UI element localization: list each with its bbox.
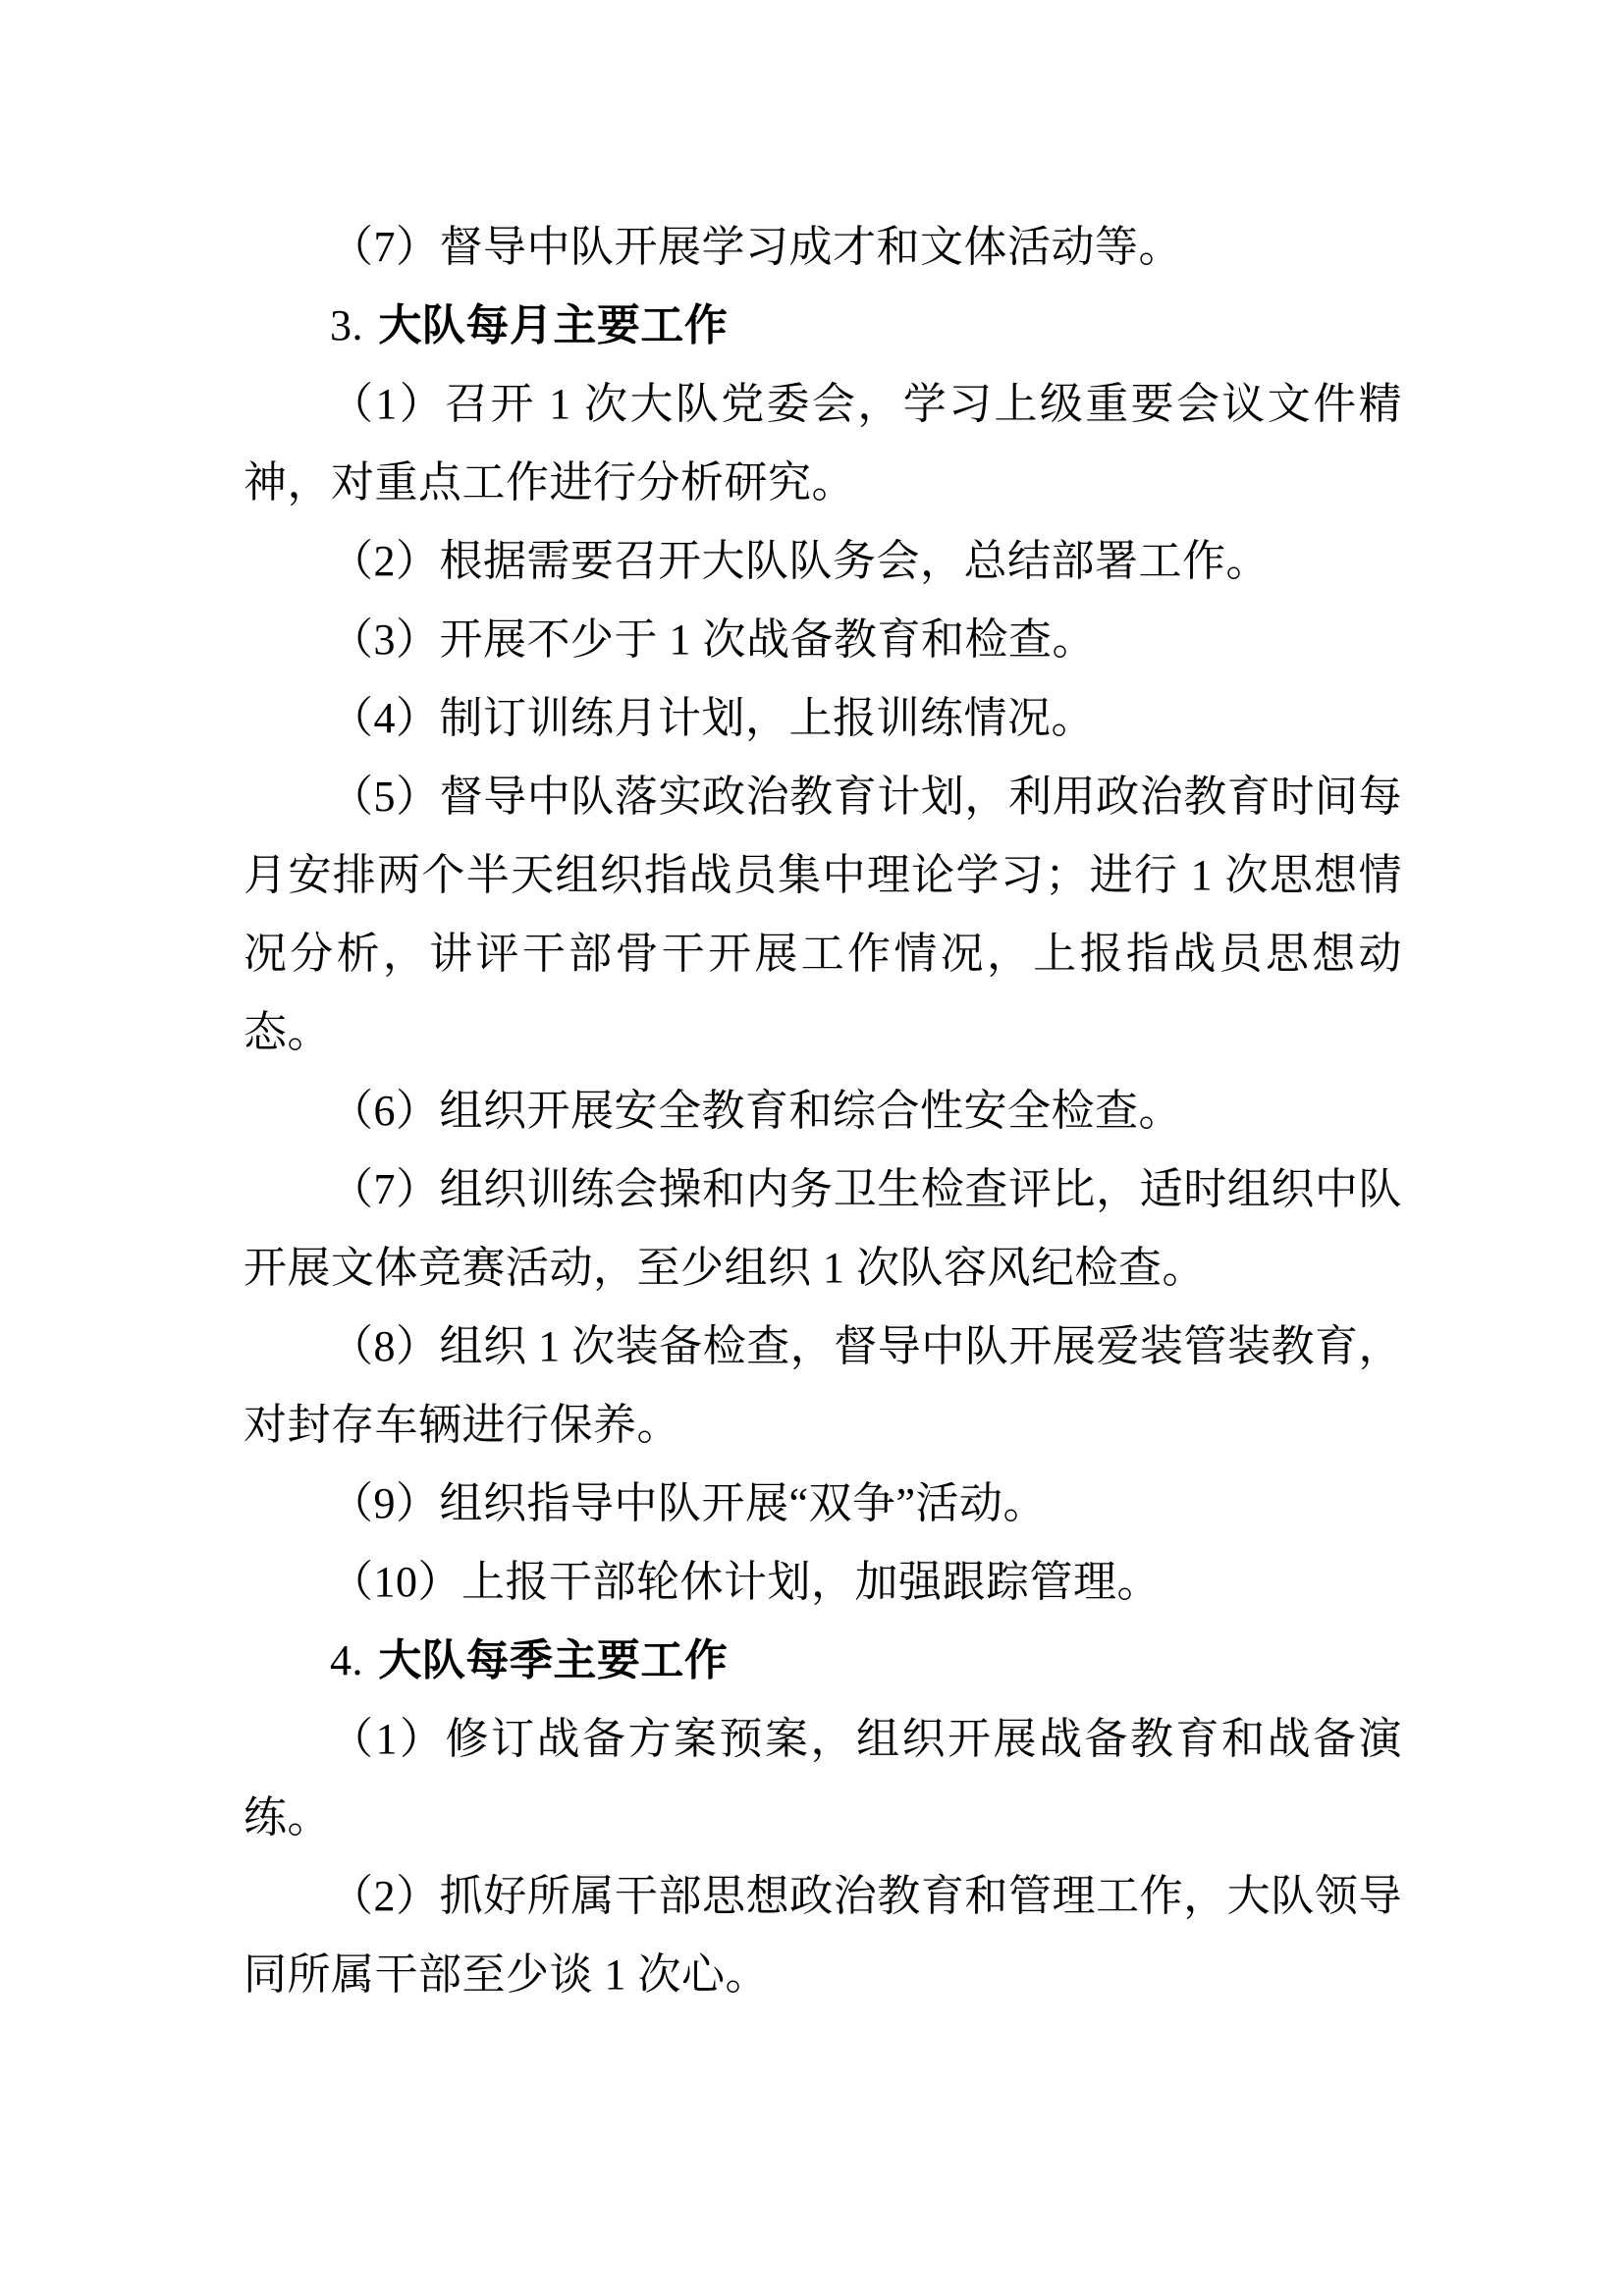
- paragraph: （6）组织开展安全教育和综合性安全检查。: [244, 1072, 1402, 1150]
- paragraph: （7）督导中队开展学习成才和文体活动等。: [244, 208, 1402, 287]
- paragraph: （1）召开 1 次大队党委会，学习上级重要会议文件精神，对重点工作进行分析研究。: [244, 365, 1402, 522]
- heading-number: 3.: [330, 301, 363, 349]
- paragraph: （1）修订战备方案预案，组织开展战备教育和战备演练。: [244, 1700, 1402, 1857]
- paragraph: （10）上报干部轮休计划，加强跟踪管理。: [244, 1543, 1402, 1622]
- paragraph: （8）组织 1 次装备检查，督导中队开展爱装管装教育，对封存车辆进行保养。: [244, 1308, 1402, 1465]
- heading-number: 4.: [330, 1636, 363, 1684]
- section-heading: 4.大队每季主要工作: [244, 1622, 1402, 1700]
- paragraph: （3）开展不少于 1 次战备教育和检查。: [244, 601, 1402, 679]
- paragraph: （9）组织指导中队开展“双争”活动。: [244, 1465, 1402, 1543]
- paragraph: （4）制订训练月计划，上报训练情况。: [244, 679, 1402, 758]
- document-page: （7）督导中队开展学习成才和文体活动等。3.大队每月主要工作（1）召开 1 次大…: [0, 0, 1624, 2296]
- document-body: （7）督导中队开展学习成才和文体活动等。3.大队每月主要工作（1）召开 1 次大…: [244, 208, 1402, 2014]
- paragraph: （2）抓好所属干部思想政治教育和管理工作，大队领导同所属干部至少谈 1 次心。: [244, 1857, 1402, 2014]
- paragraph: （5）督导中队落实政治教育计划，利用政治教育时间每月安排两个半天组织指战员集中理…: [244, 758, 1402, 1072]
- heading-text: 大队每季主要工作: [378, 1636, 728, 1684]
- section-heading: 3.大队每月主要工作: [244, 287, 1402, 365]
- paragraph: （2）根据需要召开大队队务会，总结部署工作。: [244, 522, 1402, 601]
- paragraph: （7）组织训练会操和内务卫生检查评比，适时组织中队开展文体竞赛活动，至少组织 1…: [244, 1150, 1402, 1308]
- heading-text: 大队每月主要工作: [378, 301, 728, 349]
